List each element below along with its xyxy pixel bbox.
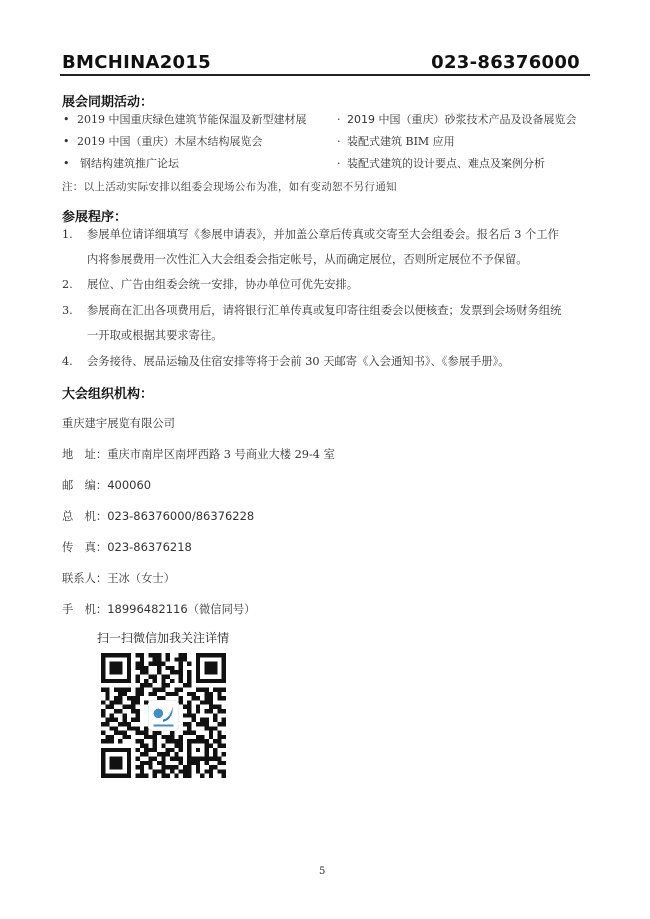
organizer-company: 重庆建宇展览有限公司 [62,415,175,431]
event-item: ·装配式建筑的设计要点、难点及案例分析 [337,157,545,171]
event-item: ·2019 中国（重庆）砂浆技术产品及设备展览会 [337,113,577,127]
event-item: ·装配式建筑 BIM 应用 [337,135,455,149]
events-note: 注：以上活动实际安排以组委会现场公布为准，如有变动恕不另行通知 [62,179,397,194]
event-item: •2019 中国（重庆）木屋木结构展览会 [63,135,263,149]
page-header: BMCHINA2015 023-86376000 [60,52,590,76]
organizer-address: 地 址：重庆市南岸区南坪西路 3 号商业大楼 29-4 室 [62,446,335,462]
organizer-fax: 传 真：023-86376218 [62,539,192,555]
wechat-qr-code-icon [101,653,226,778]
page-number: 5 [319,866,325,877]
header-title: BMCHINA2015 [62,52,211,73]
organizer-mobile: 手 机：18996482116（微信同号） [62,601,255,617]
concurrent-events-title: 展会同期活动： [62,91,153,110]
bullet-icon: · [337,135,347,149]
bullet-icon: · [337,157,347,171]
bullet-icon: • [63,157,77,171]
procedure-step: 2.展位、广告由组委会统一安排，协办单位可优先安排。 [62,276,358,292]
organizer-postcode: 邮 编：400060 [62,477,151,493]
organizer-contact: 联系人：王冰（女士） [62,570,175,586]
procedure-step: 3.参展商在汇出各项费用后，请将银行汇单传真或复印寄往组委会以便核查；发票到会场… [62,302,561,318]
document-page: BMCHINA2015 023-86376000 展会同期活动： •2019 中… [0,0,650,919]
qr-caption: 扫一扫微信加我关注详情 [97,629,229,646]
event-item: •2019 中国重庆绿色建筑节能保温及新型建材展 [63,113,307,127]
header-phone: 023-86376000 [431,52,580,73]
bullet-icon: • [63,113,77,127]
procedure-step-continued: 一开取或根据其要求寄往。 [87,327,223,343]
bullet-icon: • [63,135,77,149]
organizer-title: 大会组织机构： [62,383,153,402]
bullet-icon: · [337,113,347,127]
procedure-title: 参展程序： [62,206,127,225]
event-item: •钢结构建筑推广论坛 [63,157,179,171]
procedure-step-continued: 内将参展费用一次性汇入大会组委会指定帐号，从而确定展位，否则所定展位不予保留。 [87,251,528,267]
organizer-switchboard: 总 机：023-86376000/86376228 [62,508,254,524]
procedure-step: 1.参展单位请详细填写《参展申请表》，并加盖公章后传真或交寄至大会组委会。报名后… [62,226,559,242]
procedure-step: 4.会务接待、展品运输及住宿安排等将于会前 30 天邮寄《入会通知书》、《参展手… [62,353,510,369]
